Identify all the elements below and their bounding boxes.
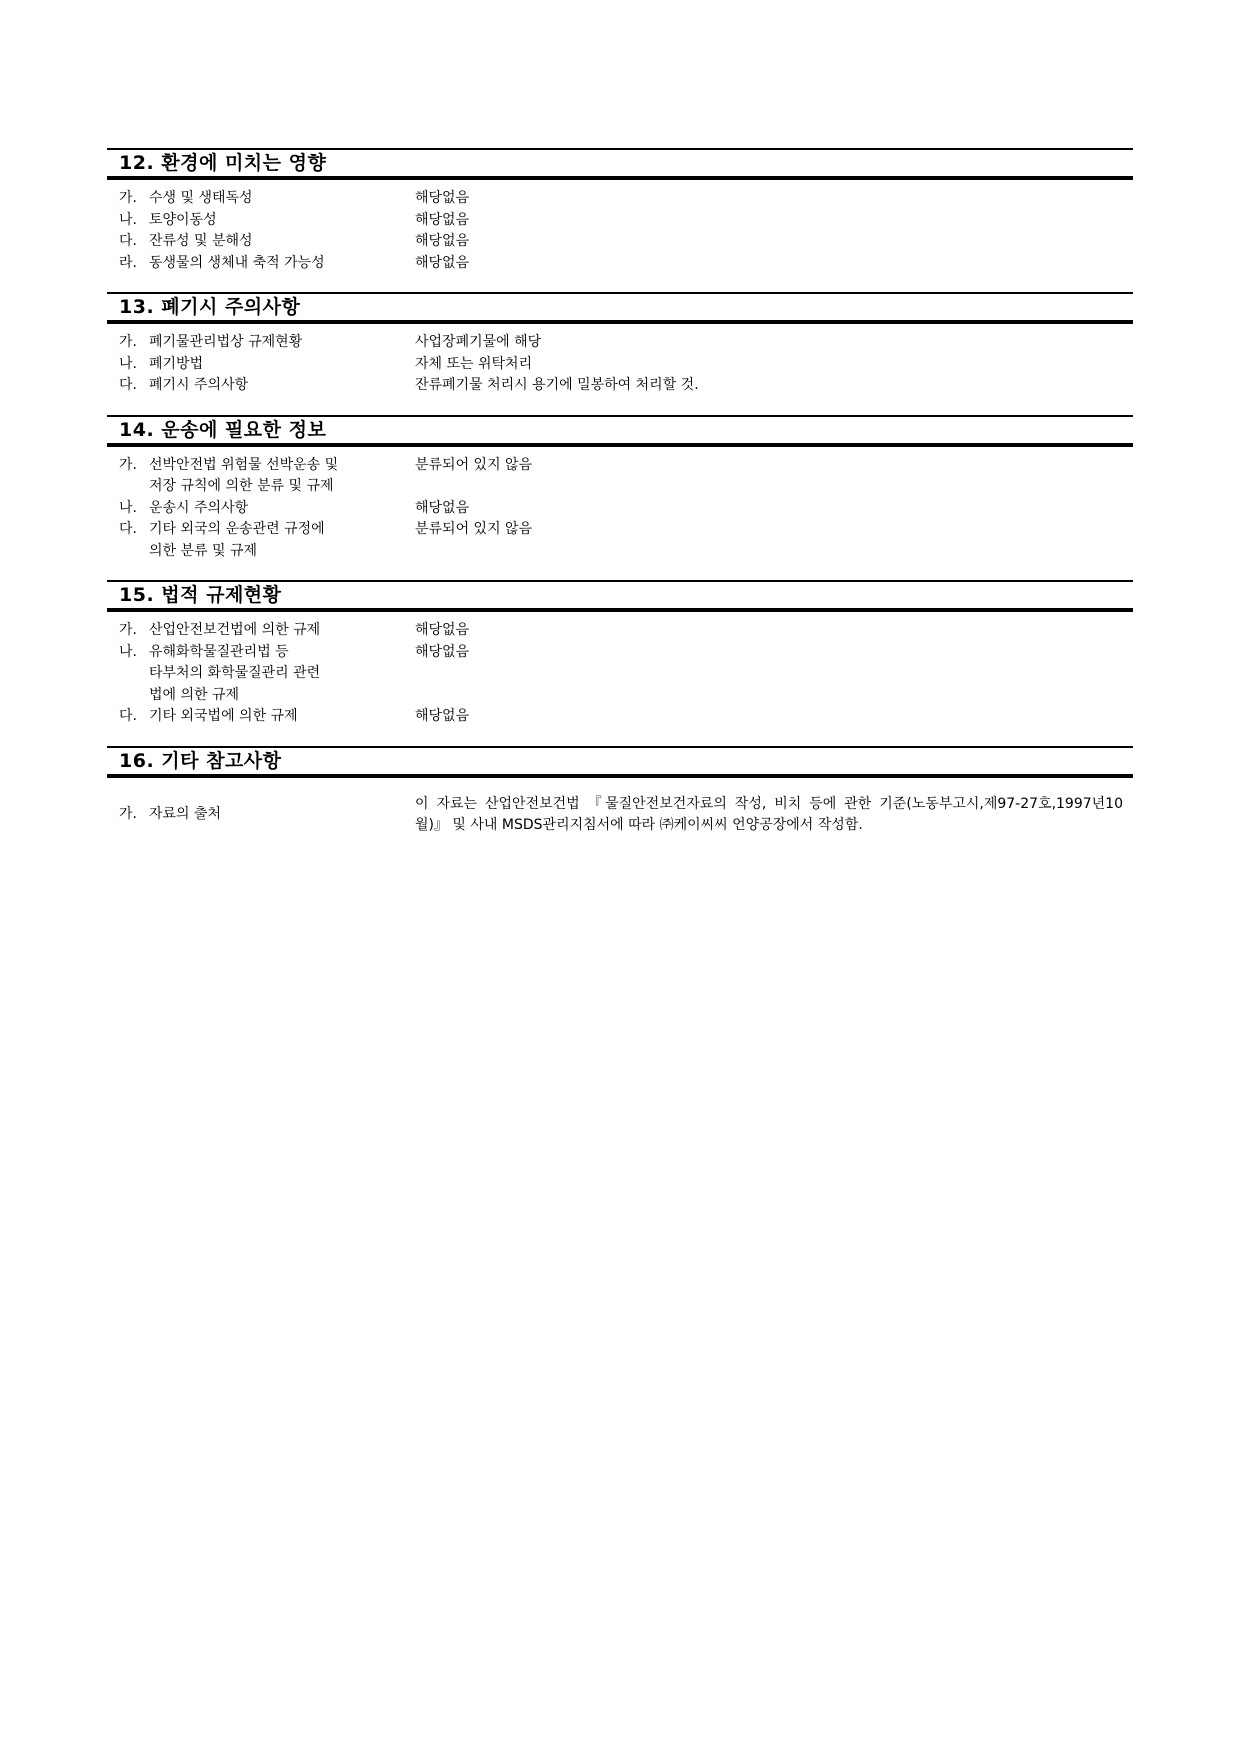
item-prefix: 나.: [119, 498, 149, 520]
item-value: 사업장폐기물에 해당: [415, 332, 1133, 354]
item-label-continued: 저장 규칙에 의한 분류 및 규제: [119, 476, 415, 498]
item-label: 폐기방법: [149, 356, 203, 372]
item-label: 폐기물관리법상 규제현황: [149, 334, 302, 350]
item-value: 해당없음: [415, 620, 1133, 642]
item-label: 동생물의 생체내 축적 가능성: [149, 255, 325, 271]
item-label: 폐기시 주의사항: [149, 377, 248, 393]
item-prefix: 나.: [119, 642, 149, 664]
section-title: 16. 기타 참고사항: [107, 746, 1133, 778]
item-prefix: 가.: [119, 455, 149, 477]
item-label-continued: 법에 의한 규제: [119, 685, 415, 707]
item-label: 기타 외국법에 의한 규제: [149, 708, 298, 724]
list-item: 가.수생 및 생태독성 해당없음: [107, 188, 1133, 210]
section-title: 14. 운송에 필요한 정보: [107, 415, 1133, 447]
section-title: 15. 법적 규제현황: [107, 580, 1133, 612]
item-label: 토양이동성: [149, 212, 217, 228]
item-label: 선박안전법 위험물 선박운송 및: [149, 457, 338, 473]
list-item: 다.기타 외국법에 의한 규제 해당없음: [107, 706, 1133, 728]
item-prefix: 가.: [119, 188, 149, 210]
item-label: 잔류성 및 분해성: [149, 233, 253, 249]
item-label: 운송시 주의사항: [149, 500, 248, 516]
item-value: 해당없음: [415, 706, 1133, 728]
item-label-continued: 의한 분류 및 규제: [119, 541, 415, 563]
item-prefix: 다.: [119, 375, 149, 397]
list-item: 가.자료의 출처 이 자료는 산업안전보건법 『물질안전보건자료의 작성, 비치…: [107, 794, 1133, 837]
item-value: 분류되어 있지 않음: [415, 519, 1133, 562]
item-value: 자체 또는 위탁처리: [415, 354, 1133, 376]
item-label: 산업안전보건법에 의한 규제: [149, 622, 320, 638]
section-14-transport: 14. 운송에 필요한 정보 가.선박안전법 위험물 선박운송 및 저장 규칙에…: [107, 415, 1133, 563]
list-item: 가.선박안전법 위험물 선박운송 및 저장 규칙에 의한 분류 및 규제 분류되…: [107, 455, 1133, 498]
section-13-disposal: 13. 폐기시 주의사항 가.폐기물관리법상 규제현황 사업장폐기물에 해당 나…: [107, 292, 1133, 397]
msds-page: 12. 환경에 미치는 영향 가.수생 및 생태독성 해당없음 나.토양이동성 …: [107, 148, 1133, 855]
list-item: 나.운송시 주의사항 해당없음: [107, 498, 1133, 520]
list-item: 다.기타 외국의 운송관련 규정에 의한 분류 및 규제 분류되어 있지 않음: [107, 519, 1133, 562]
item-prefix: 가.: [119, 332, 149, 354]
section-12-environmental-effects: 12. 환경에 미치는 영향 가.수생 및 생태독성 해당없음 나.토양이동성 …: [107, 148, 1133, 274]
list-item: 라.동생물의 생체내 축적 가능성 해당없음: [107, 253, 1133, 275]
list-item: 나.유해화학물질관리법 등 타부처의 화학물질관리 관련 법에 의한 규제 해당…: [107, 642, 1133, 707]
list-item: 가.산업안전보건법에 의한 규제 해당없음: [107, 620, 1133, 642]
item-prefix: 가.: [119, 804, 149, 826]
item-label-continued: 타부처의 화학물질관리 관련: [119, 663, 415, 685]
item-value: 해당없음: [415, 210, 1133, 232]
item-label: 유해화학물질관리법 등: [149, 644, 289, 660]
section-16-other-references: 16. 기타 참고사항 가.자료의 출처 이 자료는 산업안전보건법 『물질안전…: [107, 746, 1133, 837]
item-prefix: 다.: [119, 706, 149, 728]
item-prefix: 라.: [119, 253, 149, 275]
item-value: 분류되어 있지 않음: [415, 455, 1133, 498]
item-prefix: 나.: [119, 354, 149, 376]
list-item: 다.폐기시 주의사항 잔류폐기물 처리시 용기에 밀봉하여 처리할 것.: [107, 375, 1133, 397]
item-value: 해당없음: [415, 231, 1133, 253]
item-value: 이 자료는 산업안전보건법 『물질안전보건자료의 작성, 비치 등에 관한 기준…: [415, 794, 1133, 837]
item-label: 기타 외국의 운송관련 규정에: [149, 521, 325, 537]
item-prefix: 다.: [119, 231, 149, 253]
item-prefix: 다.: [119, 519, 149, 541]
section-title: 13. 폐기시 주의사항: [107, 292, 1133, 324]
item-label: 자료의 출처: [149, 804, 221, 826]
section-15-regulatory: 15. 법적 규제현황 가.산업안전보건법에 의한 규제 해당없음 나.유해화학…: [107, 580, 1133, 728]
item-value: 해당없음: [415, 253, 1133, 275]
item-label: 수생 및 생태독성: [149, 190, 253, 206]
list-item: 나.토양이동성 해당없음: [107, 210, 1133, 232]
item-value: 해당없음: [415, 498, 1133, 520]
item-value: 해당없음: [415, 642, 1133, 707]
section-title: 12. 환경에 미치는 영향: [107, 148, 1133, 180]
list-item: 다.잔류성 및 분해성 해당없음: [107, 231, 1133, 253]
item-prefix: 가.: [119, 620, 149, 642]
list-item: 나.폐기방법 자체 또는 위탁처리: [107, 354, 1133, 376]
list-item: 가.폐기물관리법상 규제현황 사업장폐기물에 해당: [107, 332, 1133, 354]
item-value: 잔류폐기물 처리시 용기에 밀봉하여 처리할 것.: [415, 375, 1133, 397]
item-value: 해당없음: [415, 188, 1133, 210]
item-prefix: 나.: [119, 210, 149, 232]
